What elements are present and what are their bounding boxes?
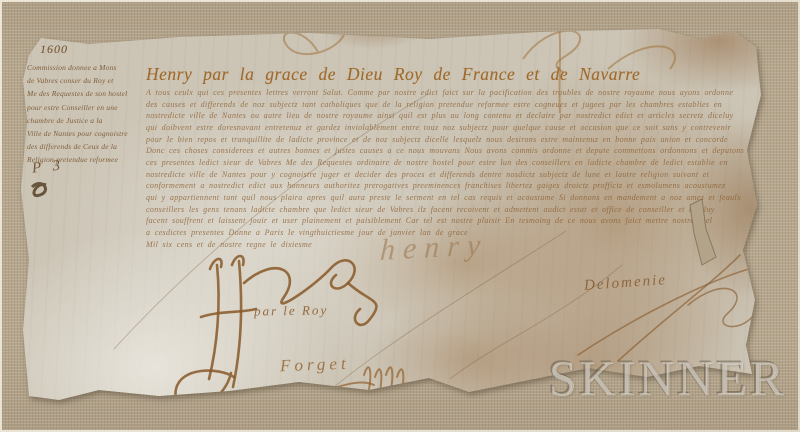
body-line: nostredicte ville de Nantes ou autre lie… — [146, 110, 770, 122]
body-line: facent souffrent et laissent jouir et us… — [146, 215, 770, 227]
marginal-paraph-mark: P 3 — [31, 157, 65, 177]
docket-number: 28 — [42, 29, 55, 41]
body-line: qui y appartiennent tant quil nous plair… — [146, 192, 770, 204]
margin-note-line: Me des Requestes de son hostel — [27, 87, 155, 100]
skinner-watermark: SKINNER — [548, 348, 786, 406]
royal-heading-line: Henry par la grace de Dieu Roy de France… — [146, 64, 768, 85]
signature-secretary-forget: Forget — [280, 354, 350, 376]
body-line: conformement a nostredict edict aux honn… — [146, 180, 770, 192]
delomenie-flourish-icon — [578, 255, 764, 361]
body-line: qui doibvent estre doresnavant entretenu… — [146, 122, 770, 134]
body-line: ces presentes ledict sieur de Vabres Me … — [146, 157, 770, 169]
margin-note-line: Commission donnee a Mons — [27, 61, 155, 74]
signature-king-henry: henry — [379, 228, 489, 268]
body-line: pour le bien repos et tranquillite de la… — [146, 134, 770, 146]
body-line: nostredicte ville de Nantes pour y cogno… — [146, 169, 770, 181]
body-line: conseillers les gens tenans ladicte cham… — [146, 204, 770, 216]
docket-year: 1600 — [40, 42, 68, 57]
margin-note-line: pour estre Conseiller en une — [27, 101, 155, 114]
framed-manuscript-photo: 28 1600 Commission donnee a Mons de Vabr… — [0, 0, 800, 432]
chancery-formula-par-le-roy: par le Roy — [254, 302, 328, 319]
royal-paraph-flourish — [176, 256, 377, 407]
heading-cadel-flourish-icon — [284, 33, 344, 55]
ink-scribble-blob-icon — [32, 183, 46, 195]
margin-note-line: chambre de Justice a la — [27, 114, 155, 127]
body-line: A tous ceulx qui ces presentes lettres v… — [146, 87, 770, 99]
signature-countersign-delomenie: Delomenie — [584, 272, 668, 295]
margin-note-line: Ville de Nantes pour cognoistre — [27, 127, 155, 140]
body-text: A tous ceulx qui ces presentes lettres v… — [146, 87, 770, 250]
margin-note: Commission donnee a Mons de Vabres conse… — [27, 61, 155, 167]
margin-note-line: des differends de Ceux de la — [27, 140, 155, 153]
body-line: des causes et differends de noz subjectz… — [146, 99, 770, 111]
margin-note-line: de Vabres conser du Roy et — [27, 74, 155, 87]
body-line: Donc ces choses considerees et autres bo… — [146, 145, 770, 157]
